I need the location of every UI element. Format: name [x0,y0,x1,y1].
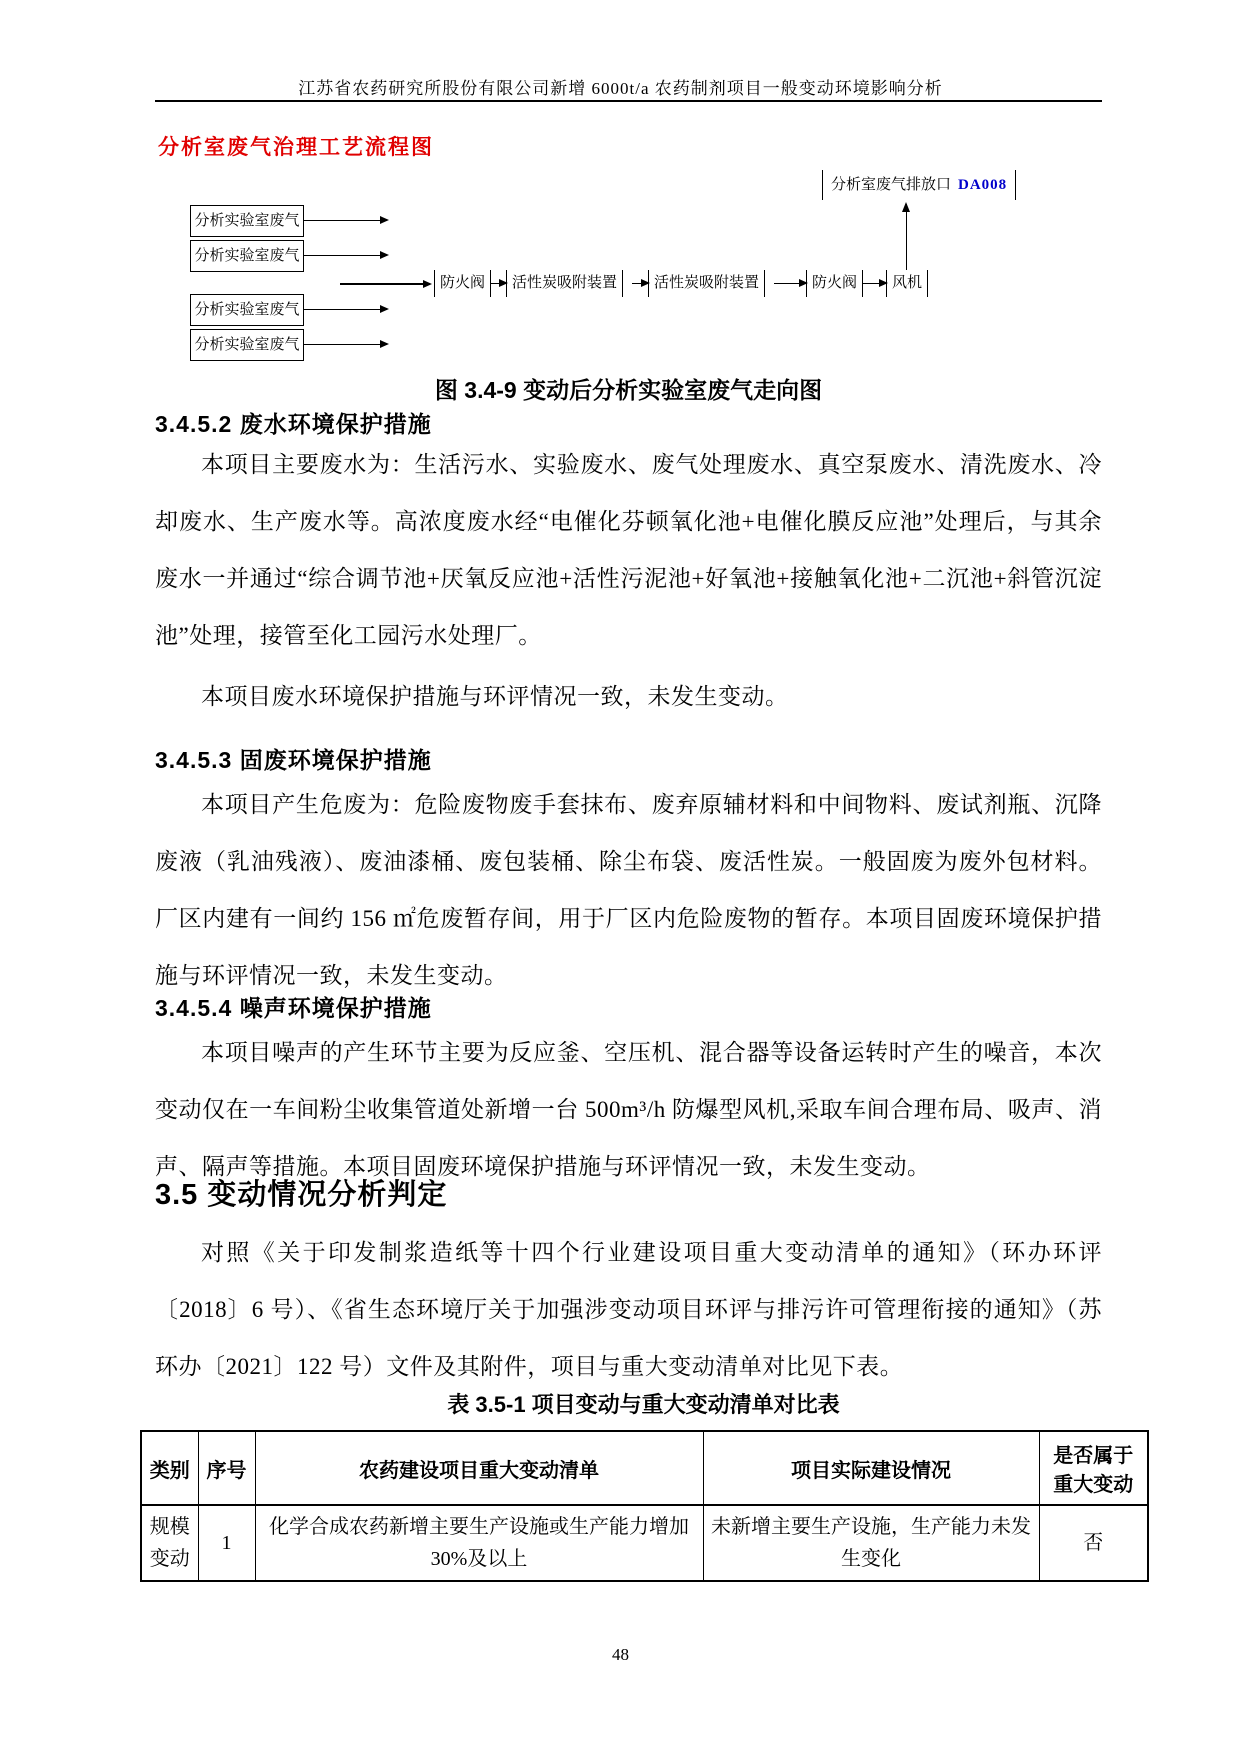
source-box-2: 分析实验室废气 [190,240,304,272]
source-box-1: 分析实验室废气 [190,205,304,237]
arrow-source-3 [303,309,387,310]
cell-is-major: 否 [1039,1505,1148,1581]
page-number: 48 [0,1645,1241,1665]
outlet-node: 分析室废气排放口DA008 [822,170,1016,200]
cell-index: 1 [198,1505,255,1581]
heading-3453: 3.4.5.3 固废环境保护措施 [155,742,1102,775]
document-page: 江苏省农药研究所股份有限公司新增 6000t/a 农药制剂项目一般变动环境影响分… [0,0,1241,1755]
paragraph-solidwaste: 本项目产生危废为：危险废物废手套抹布、废弃原辅材料和中间物料、废试剂瓶、沉降废液… [155,776,1102,1004]
arrow-source-2 [303,255,387,256]
paragraph-wastewater-1: 本项目主要废水为：生活污水、实验废水、废气处理废水、真空泵废水、清洗废水、冷却废… [155,436,1102,664]
cell-majorchange-list: 化学合成农药新增主要生产设施或生产能力增加 30%及以上 [255,1505,703,1581]
source-box-3: 分析实验室废气 [190,294,304,326]
paragraph-comparison: 对照《关于印发制浆造纸等十四个行业建设项目重大变动清单的通知》（环办环评〔201… [155,1224,1102,1395]
arrow-main [340,283,430,285]
arrow-chain-1 [490,283,506,284]
col-header-majorchange-list: 农药建设项目重大变动清单 [255,1431,703,1505]
arrow-chain-4 [862,283,886,284]
heading-35: 3.5 变动情况分析判定 [155,1172,1102,1213]
arrow-source-1 [303,220,387,221]
arrow-source-4 [303,344,387,345]
source-box-4: 分析实验室废气 [190,329,304,361]
fire-damper-1: 防火阀 [434,270,491,297]
outlet-label: 分析室废气排放口 [831,177,951,193]
paragraph-wastewater-2: 本项目废水环境保护措施与环评情况一致，未发生变动。 [155,668,1102,725]
fan-node: 风机 [886,270,928,297]
arrow-fan-to-outlet [906,204,907,270]
table-title: 表 3.5-1 项目变动与重大变动清单对比表 [140,1388,1147,1419]
fire-damper-2: 防火阀 [806,270,863,297]
outlet-code: DA008 [958,177,1007,193]
header-rule [155,100,1102,102]
paragraph-noise: 本项目噪声的产生环节主要为反应釜、空压机、混合器等设备运转时产生的噪音，本次变动… [155,1024,1102,1195]
heading-3452: 3.4.5.2 废水环境保护措施 [155,406,1102,439]
col-header-is-major: 是否属于重大变动 [1039,1431,1148,1505]
figure-caption: 图 3.4-9 变动后分析实验室废气走向图 [155,372,1102,405]
col-header-category: 类别 [141,1431,198,1505]
document-header-title: 江苏省农药研究所股份有限公司新增 6000t/a 农药制剂项目一般变动环境影响分… [0,74,1241,99]
table-row: 规模变动 1 化学合成农药新增主要生产设施或生产能力增加 30%及以上 未新增主… [141,1505,1148,1581]
col-header-actual-situation: 项目实际建设情况 [703,1431,1039,1505]
flow-chart-title: 分析室废气治理工艺流程图 [158,131,434,161]
cell-category: 规模变动 [141,1505,198,1581]
table-header-row: 类别 序号 农药建设项目重大变动清单 项目实际建设情况 是否属于重大变动 [141,1431,1148,1505]
heading-3454: 3.4.5.4 噪声环境保护措施 [155,990,1102,1023]
carbon-adsorber-2: 活性炭吸附装置 [648,270,765,297]
col-header-index: 序号 [198,1431,255,1505]
arrow-chain-2 [632,283,648,284]
cell-actual-situation: 未新增主要生产设施，生产能力未发生变化 [703,1505,1039,1581]
comparison-table: 类别 序号 农药建设项目重大变动清单 项目实际建设情况 是否属于重大变动 规模变… [140,1430,1149,1582]
carbon-adsorber-1: 活性炭吸附装置 [506,270,623,297]
arrow-chain-3 [774,283,806,284]
